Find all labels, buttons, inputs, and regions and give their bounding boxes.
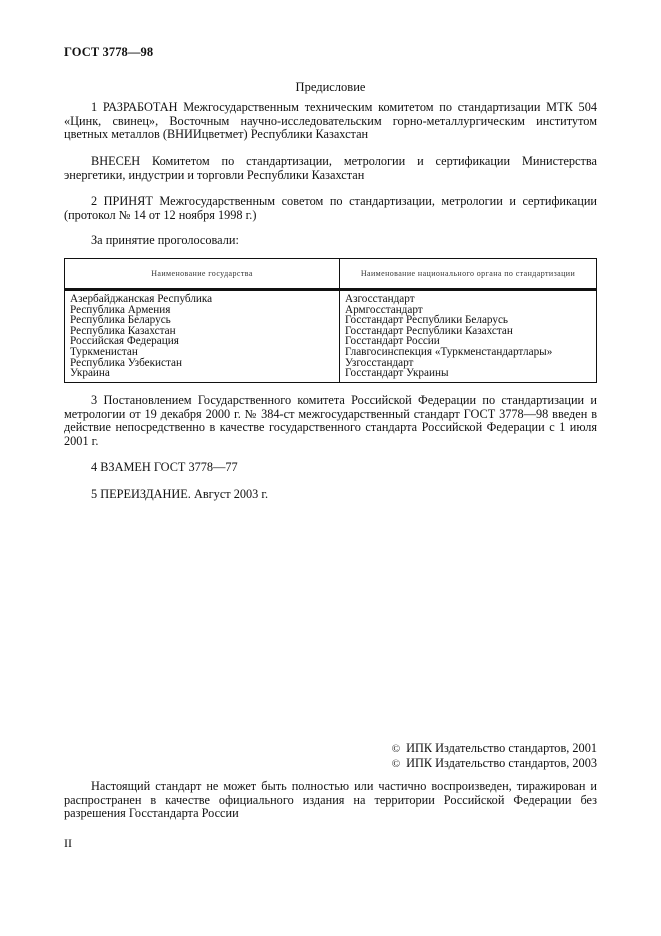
state-cell: Туркменистан: [70, 347, 334, 358]
bodies-column: Азгосстандарт Армгосстандарт Госстандарт…: [340, 290, 597, 383]
paragraph-developed: 1 РАЗРАБОТАН Межгосударственным техничес…: [64, 101, 597, 142]
reproduction-notice: Настоящий стандарт не может быть полност…: [64, 780, 597, 821]
copyright-icon: ©: [392, 743, 400, 755]
copyright-line: ©ИПК Издательство стандартов, 2003: [300, 757, 597, 772]
document-code: ГОСТ 3778—98: [64, 45, 153, 60]
paragraph-resolution: 3 Постановлением Государственного комите…: [64, 394, 597, 448]
header-national-body: Наименование национального органа по ста…: [340, 259, 597, 290]
states-column: Азербайджанская Республика Республика Ар…: [65, 290, 340, 383]
copyright-block: ©ИПК Издательство стандартов, 2001 ©ИПК …: [300, 742, 597, 771]
state-cell: Украина: [70, 368, 334, 379]
body-cell: Госстандарт Украины: [345, 368, 591, 379]
table-header-row: Наименование государства Наименование на…: [65, 259, 596, 290]
page-number: II: [64, 836, 72, 851]
paragraph-voted: За принятие проголосовали:: [64, 234, 597, 248]
copyright-icon: ©: [392, 758, 400, 770]
body-cell: Главгосинспекция «Туркменстандартлары»: [345, 347, 591, 358]
paragraph-introduced: ВНЕСЕН Комитетом по стандартизации, метр…: [64, 155, 597, 182]
table-body-row: Азербайджанская Республика Республика Ар…: [65, 290, 596, 383]
copyright-text: ИПК Издательство стандартов, 2001: [406, 741, 597, 755]
copyright-line: ©ИПК Издательство стандартов, 2001: [300, 742, 597, 757]
paragraph-adopted: 2 ПРИНЯТ Межгосударственным советом по с…: [64, 195, 597, 222]
copyright-text: ИПК Издательство стандартов, 2003: [406, 756, 597, 770]
voting-table: Наименование государства Наименование на…: [64, 258, 597, 383]
paragraph-reissue: 5 ПЕРЕИЗДАНИЕ. Август 2003 г.: [64, 488, 597, 502]
document-page: ГОСТ 3778—98 Предисловие 1 РАЗРАБОТАН Ме…: [0, 0, 661, 936]
header-state: Наименование государства: [65, 259, 340, 290]
body-cell: Азгосстандарт: [345, 294, 591, 305]
state-cell: Азербайджанская Республика: [70, 294, 334, 305]
page-title: Предисловие: [64, 80, 597, 95]
paragraph-replaces: 4 ВЗАМЕН ГОСТ 3778—77: [64, 461, 597, 475]
